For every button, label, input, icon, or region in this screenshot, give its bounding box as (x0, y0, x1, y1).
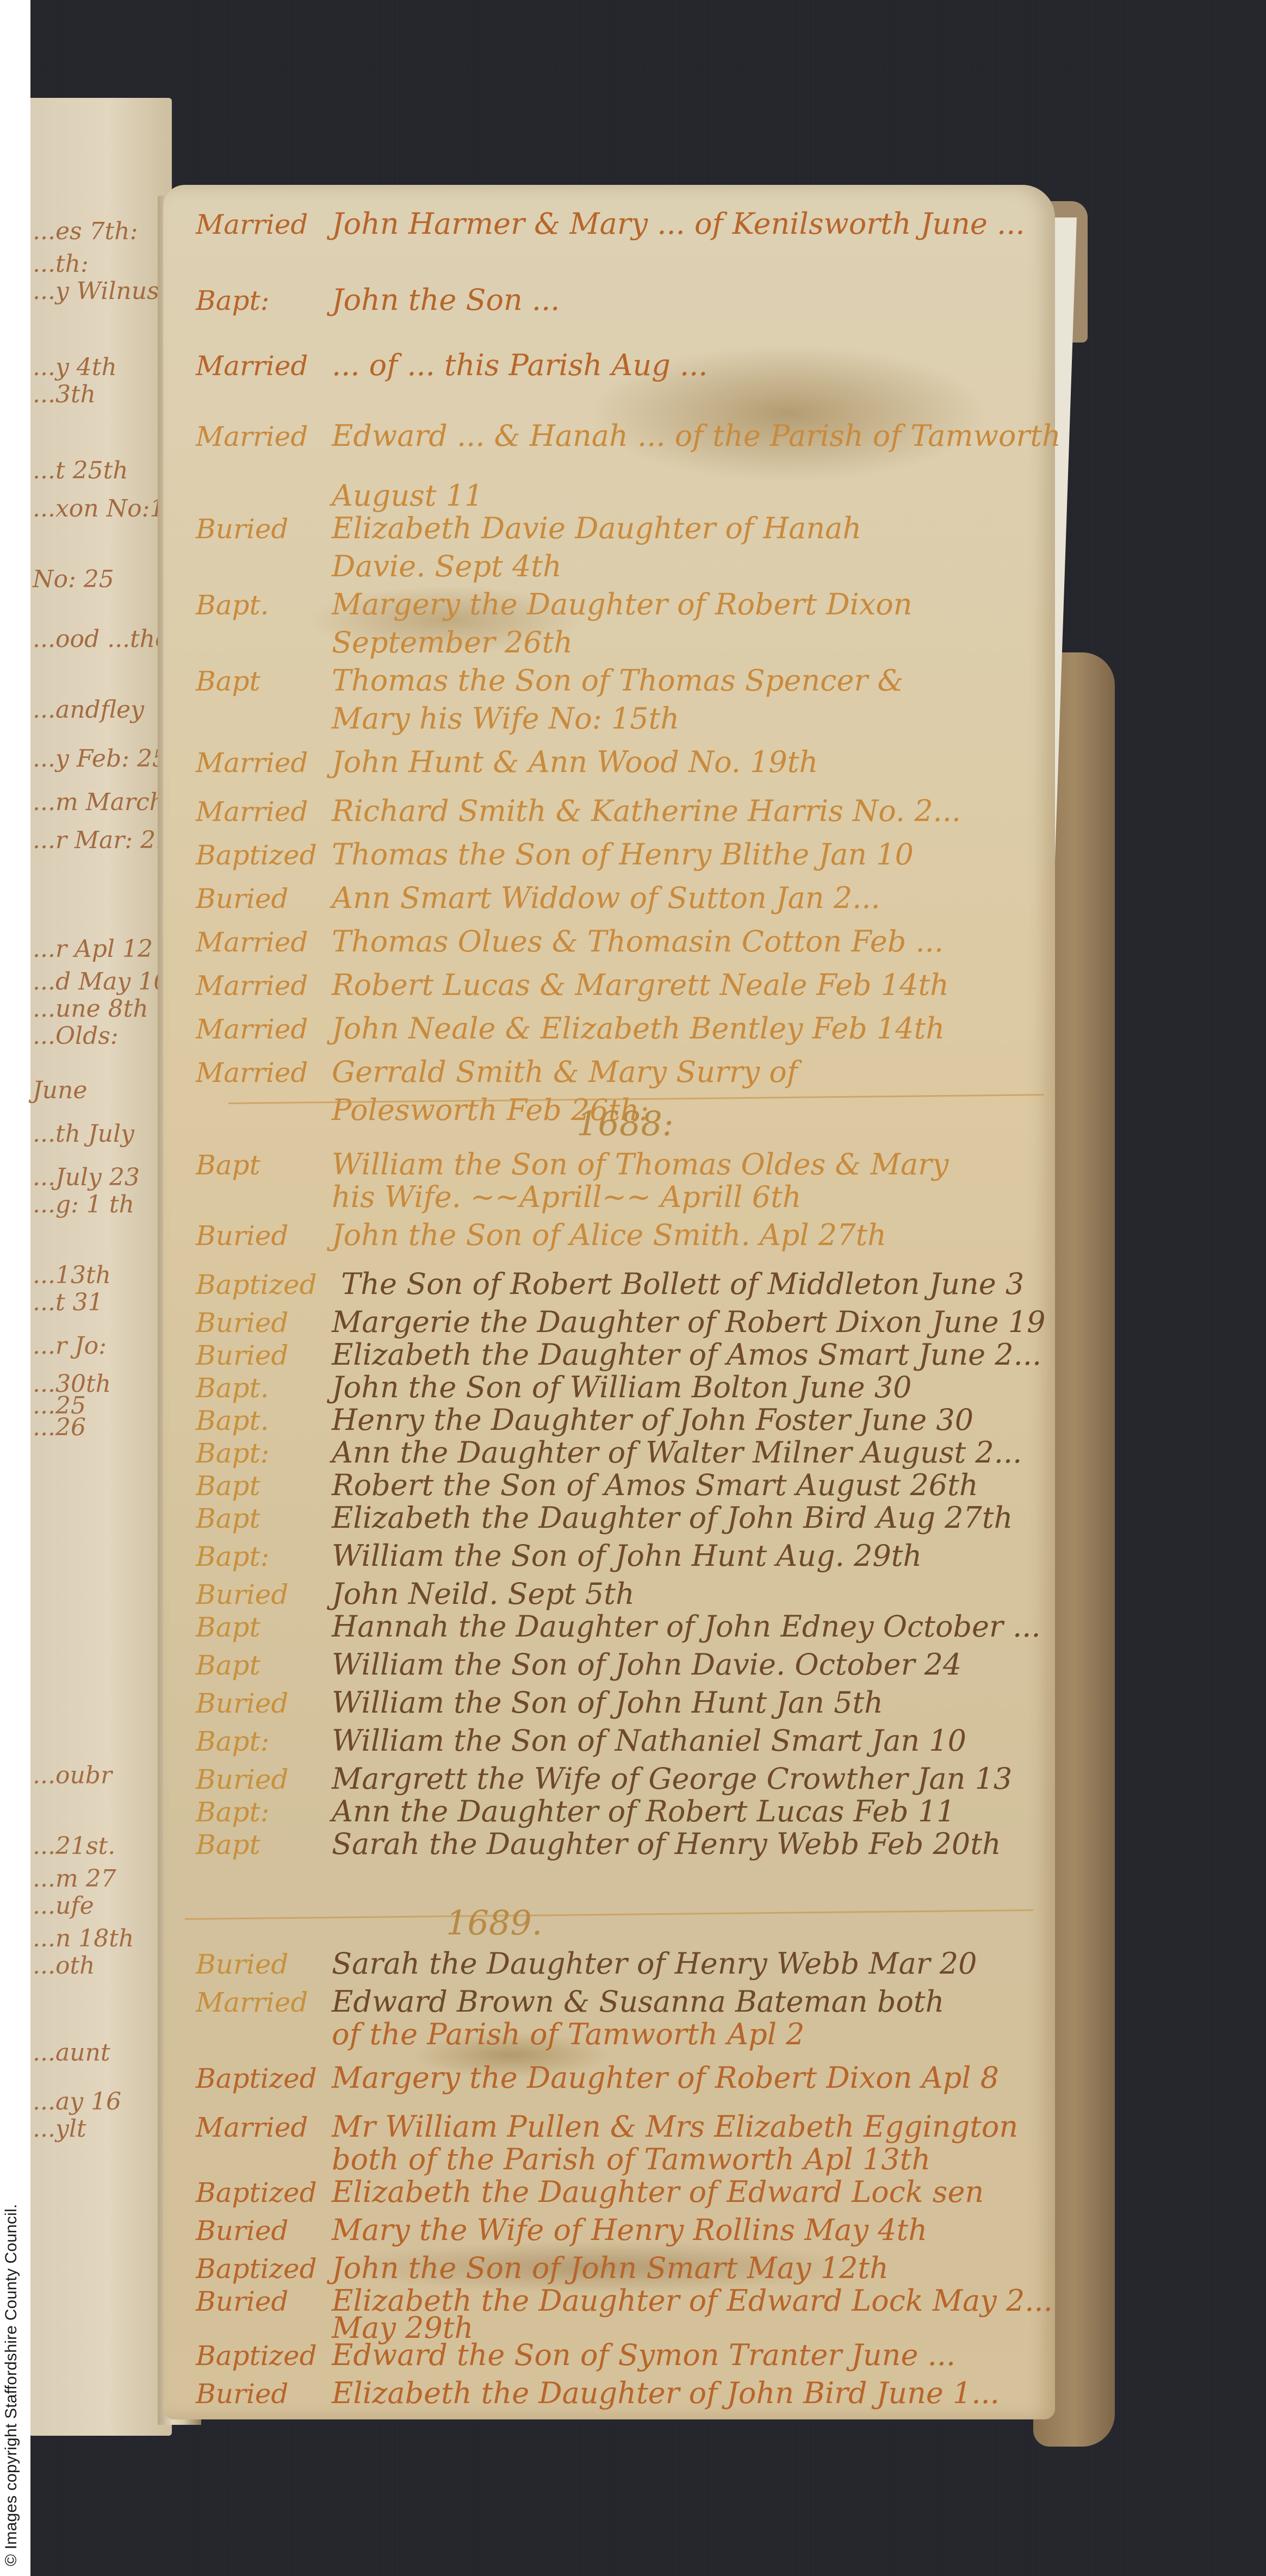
register-entry: MarriedMr William Pullen & Mrs Elizabeth… (196, 2110, 1044, 2144)
entry-type: Married (196, 926, 332, 958)
register-entry: BuriedJohn Neild. Sept 5th (196, 1577, 1044, 1611)
fragment: June (33, 1077, 87, 1104)
entry-type: Buried (196, 1340, 332, 1371)
fragment: ...y 4th (33, 353, 117, 381)
register-entry: BuriedElizabeth Davie Daughter of Hanah (196, 511, 1044, 545)
entry-type: Married (196, 1987, 332, 2018)
fragment: ...t 25th (33, 457, 128, 484)
entry-type: Bapt (196, 665, 332, 697)
register-entry: BuriedElizabeth the Daughter of John Bir… (196, 2376, 1044, 2410)
entry-text: Margery the Daughter of Robert Dixon Apl… (332, 2061, 999, 2095)
entry-type: Buried (196, 1579, 332, 1610)
entry-text: Elizabeth the Daughter of John Bird Aug … (332, 1501, 1013, 1535)
fragment: ...r Apl 12 (33, 935, 153, 963)
register-entry: BaptizedMargery the Daughter of Robert D… (196, 2061, 1044, 2095)
register-entry: BuriedJohn the Son of Alice Smith. Apl 2… (196, 1218, 1044, 1252)
entry-type: Married (196, 970, 332, 1001)
register-entry: Bapt:Ann the Daughter of Walter Milner A… (196, 1435, 1044, 1470)
register-entry: BaptWilliam the Son of Thomas Oldes & Ma… (196, 1147, 1044, 1181)
entry-type: Baptized (196, 1269, 332, 1301)
entry-type: Bapt. (196, 589, 332, 621)
register-entry: both of the Parish of Tamworth Apl 13th (196, 2142, 1044, 2176)
entry-text: William the Son of John Davie. October 2… (332, 1647, 961, 1682)
entry-type: Married (196, 1057, 332, 1088)
register-entry: BaptizedJohn the Son of John Smart May 1… (196, 2251, 1044, 2285)
entry-text: Thomas the Son of Henry Blithe Jan 10 (332, 837, 914, 872)
register-entry: MarriedJohn Harmer & Mary ... of Kenilsw… (196, 207, 1044, 241)
entry-text: Edward the Son of Symon Tranter June ... (332, 2338, 955, 2372)
entry-text: Ann the Daughter of Robert Lucas Feb 11 (332, 1794, 955, 1828)
entry-type: Bapt (196, 1470, 332, 1502)
entry-text: Mary the Wife of Henry Rollins May 4th (332, 2213, 927, 2247)
fragment: ...th July (33, 1120, 134, 1148)
register-entry: BaptHannah the Daughter of John Edney Oc… (196, 1609, 1044, 1644)
fragment: ...th: (33, 250, 89, 278)
entry-text: John Neale & Elizabeth Bentley Feb 14th (332, 1011, 945, 1046)
entry-text: Davie. Sept 4th (332, 549, 562, 583)
fragment: ...13th (33, 1261, 111, 1289)
register-entry: BaptElizabeth the Daughter of John Bird … (196, 1501, 1044, 1535)
image-margin (0, 0, 30, 2576)
entry-text: William the Son of Thomas Oldes & Mary (332, 1147, 948, 1181)
entry-text: both of the Parish of Tamworth Apl 13th (332, 2142, 930, 2176)
entry-text: John Harmer & Mary ... of Kenilsworth Ju… (332, 207, 1025, 241)
fragment: ...andfley (33, 696, 144, 724)
year-heading-1688: 1688: (576, 1104, 674, 1143)
entry-type: Bapt. (196, 1372, 332, 1404)
register-entry: BuriedElizabeth the Daughter of Amos Sma… (196, 1337, 1044, 1372)
entry-text: Elizabeth the Daughter of John Bird June… (332, 2376, 1000, 2410)
entry-text: Elizabeth the Daughter of Amos Smart Jun… (332, 1337, 1041, 1372)
fragment: ...ufe (33, 1892, 94, 1920)
entry-text: Robert Lucas & Margrett Neale Feb 14th (332, 968, 949, 1002)
entry-text: Margerie the Daughter of Robert Dixon Ju… (332, 1305, 1045, 1339)
entry-type: Buried (196, 2215, 332, 2247)
entry-text: September 26th (332, 625, 573, 659)
entry-text: Hannah the Daughter of John Edney Octobe… (332, 1609, 1041, 1644)
register-entry: MarriedRobert Lucas & Margrett Neale Feb… (196, 968, 1044, 1002)
register-entry: BaptWilliam the Son of John Davie. Octob… (196, 1647, 1044, 1682)
entry-text: August 11 (332, 478, 483, 513)
register-entry: MarriedGerrald Smith & Mary Surry of (196, 1055, 1044, 1089)
register-page: MarriedJohn Harmer & Mary ... of Kenilsw… (163, 185, 1055, 2419)
entry-type: Married (196, 350, 332, 382)
fragment: ...n 18th (33, 1925, 134, 1952)
register-entry: Bapt:Ann the Daughter of Robert Lucas Fe… (196, 1794, 1044, 1828)
entry-text: Henry the Daughter of John Foster June 3… (332, 1403, 973, 1437)
entry-text: Gerrald Smith & Mary Surry of (332, 1055, 798, 1089)
fragment: ...aunt (33, 2039, 110, 2067)
fragment: ...une 8th (33, 995, 148, 1023)
register-entry: MarriedJohn Neale & Elizabeth Bentley Fe… (196, 1011, 1044, 1046)
copyright-notice: © Images copyright Staffordshire County … (2, 2204, 21, 2566)
register-entry: MarriedJohn Hunt & Ann Wood No. 19th (196, 745, 1044, 779)
entry-type: Bapt (196, 1611, 332, 1643)
entry-type: Buried (196, 1220, 332, 1252)
entry-type: Buried (196, 2378, 332, 2410)
register-entry: BaptRobert the Son of Amos Smart August … (196, 1468, 1044, 1502)
register-entry: BuriedMargrett the Wife of George Crowth… (196, 1762, 1044, 1796)
fragment: ...26 (33, 1414, 86, 1441)
entry-type: Bapt: (196, 1796, 332, 1828)
register-entry: BaptizedThomas the Son of Henry Blithe J… (196, 837, 1044, 872)
entry-type: Bapt (196, 1149, 332, 1181)
register-entry: Bapt:John the Son ... (196, 283, 1044, 317)
register-entry: MarriedThomas Olues & Thomasin Cotton Fe… (196, 924, 1044, 959)
entry-type: Baptized (196, 839, 332, 871)
register-entries: MarriedJohn Harmer & Mary ... of Kenilsw… (163, 185, 1055, 2419)
entry-text: his Wife. ~~Aprill~~ Aprill 6th (332, 1180, 802, 1214)
entry-text: William the Son of Nathaniel Smart Jan 1… (332, 1723, 966, 1758)
register-entry: Baptized The Son of Robert Bollett of Mi… (196, 1267, 1044, 1301)
entry-text: John the Son ... (332, 283, 560, 317)
register-entry: of the Parish of Tamworth Apl 2 (196, 2017, 1044, 2051)
entry-text: Elizabeth Davie Daughter of Hanah (332, 511, 861, 545)
entry-text: Sarah the Daughter of Henry Webb Feb 20t… (332, 1827, 1001, 1861)
entry-text: Ann Smart Widdow of Sutton Jan 2... (332, 881, 880, 915)
register-entry: his Wife. ~~Aprill~~ Aprill 6th (196, 1180, 1044, 1214)
register-entry: BuriedSarah the Daughter of Henry Webb M… (196, 1946, 1044, 1981)
register-entry: BuriedMargerie the Daughter of Robert Di… (196, 1305, 1044, 1339)
register-entry: Mary his Wife No: 15th (196, 701, 1044, 736)
entry-text: Edward ... & Hanah ... of the Parish of … (332, 419, 1061, 453)
fragment: ...ood ...the (33, 625, 169, 653)
entry-text: John Neild. Sept 5th (332, 1577, 635, 1611)
entry-type: Baptized (196, 2063, 332, 2094)
entry-text: Elizabeth the Daughter of Edward Lock se… (332, 2175, 984, 2209)
fragment: ...m March (33, 788, 165, 816)
entry-type: Baptized (196, 2253, 332, 2285)
register-entry: MarriedRichard Smith & Katherine Harris … (196, 794, 1044, 828)
entry-text: Mary his Wife No: 15th (332, 701, 679, 736)
fragment: ...ylt (33, 2115, 86, 2143)
entry-type: Buried (196, 1764, 332, 1795)
register-entry: Bapt:William the Son of Nathaniel Smart … (196, 1723, 1044, 1758)
register-entry: MarriedEdward Brown & Susanna Bateman bo… (196, 1984, 1044, 2019)
entry-text: Mr William Pullen & Mrs Elizabeth Egging… (332, 2110, 1018, 2144)
register-entry: Bapt:William the Son of John Hunt Aug. 2… (196, 1539, 1044, 1573)
entry-text: William the Son of John Hunt Aug. 29th (332, 1539, 922, 1573)
fragment: ...y Feb: 25 (33, 745, 167, 773)
entry-type: Baptized (196, 2340, 332, 2372)
entry-type: Bapt: (196, 285, 332, 316)
entry-text: Edward Brown & Susanna Bateman both (332, 1984, 944, 2019)
entry-type: Buried (196, 1688, 332, 1719)
fragment: ...g: 1 th (33, 1191, 134, 1218)
entry-type: Married (196, 796, 332, 827)
register-entry: BaptSarah the Daughter of Henry Webb Feb… (196, 1827, 1044, 1861)
register-entry: BuriedAnn Smart Widdow of Sutton Jan 2..… (196, 881, 1044, 915)
entry-type: Bapt (196, 1829, 332, 1861)
year-heading-1689: 1689. (446, 1903, 543, 1943)
fragment: ...oth (33, 1952, 95, 1980)
register-entry: Bapt.Henry the Daughter of John Foster J… (196, 1403, 1044, 1437)
entry-text: John Hunt & Ann Wood No. 19th (332, 745, 818, 779)
fragment: ...3th (33, 381, 96, 408)
entry-type: Bapt (196, 1503, 332, 1534)
register-entry: MarriedEdward ... & Hanah ... of the Par… (196, 419, 1044, 453)
fragment: ...es 7th: (33, 217, 138, 245)
entry-type: Bapt: (196, 1438, 332, 1469)
entry-text: Thomas the Son of Thomas Spencer & (332, 663, 903, 698)
entry-text: Margery the Daughter of Robert Dixon (332, 587, 913, 621)
fragment: ...oubr (33, 1762, 112, 1789)
entry-type: Bapt: (196, 1726, 332, 1757)
section-divider (185, 1909, 1033, 1920)
entry-type: Baptized (196, 2177, 332, 2208)
entry-type: Buried (196, 1949, 332, 1980)
register-entry: Married... of ... this Parish Aug ... (196, 348, 1044, 382)
entry-type: Bapt. (196, 1405, 332, 1436)
fragment: ...r Mar: 21 (33, 826, 171, 854)
entry-text: Sarah the Daughter of Henry Webb Mar 20 (332, 1946, 977, 1981)
entry-text: John the Son of Alice Smith. Apl 27th (332, 1218, 886, 1252)
entry-text: The Son of Robert Bollett of Middleton J… (332, 1267, 1024, 1301)
entry-text: Thomas Olues & Thomasin Cotton Feb ... (332, 924, 944, 959)
fragment: ...d May 10 (33, 968, 169, 995)
entry-type: Buried (196, 883, 332, 914)
register-entry: Bapt.Margery the Daughter of Robert Dixo… (196, 587, 1044, 621)
entry-type: Buried (196, 513, 332, 545)
register-entry: BaptizedEdward the Son of Symon Tranter … (196, 2338, 1044, 2372)
fragment: ...21st. (33, 1832, 115, 1860)
entry-type: Married (196, 2112, 332, 2143)
fragment: ...Olds: (33, 1022, 119, 1050)
fragment: ...m 27 (33, 1865, 116, 1893)
register-entry: BaptThomas the Son of Thomas Spencer & (196, 663, 1044, 698)
entry-text: Richard Smith & Katherine Harris No. 2..… (332, 794, 961, 828)
register-entry: Davie. Sept 4th (196, 549, 1044, 583)
entry-type: Buried (196, 1307, 332, 1339)
entry-type: Married (196, 1013, 332, 1045)
register-entry: BuriedWilliam the Son of John Hunt Jan 5… (196, 1685, 1044, 1720)
entry-type: Bapt: (196, 1541, 332, 1572)
entry-type: Married (196, 421, 332, 452)
register-entry: September 26th (196, 625, 1044, 659)
fragment: ...July 23 (33, 1163, 140, 1191)
entry-type: Married (196, 209, 332, 240)
register-entry: BuriedMary the Wife of Henry Rollins May… (196, 2213, 1044, 2247)
fragment: ...r Jo: (33, 1332, 107, 1360)
entry-text: Margrett the Wife of George Crowther Jan… (332, 1762, 1012, 1796)
entry-type: Married (196, 747, 332, 779)
register-entry: Bapt.John the Son of William Bolton June… (196, 1370, 1044, 1404)
entry-text: Robert the Son of Amos Smart August 26th (332, 1468, 978, 1502)
fragment: ...t 31 (33, 1289, 103, 1316)
entry-text: John the Son of John Smart May 12th (332, 2251, 889, 2285)
fragment: ...ay 16 (33, 2088, 121, 2115)
entry-text: ... of ... this Parish Aug ... (332, 348, 708, 382)
register-entry: August 11 (196, 478, 1044, 513)
entry-type: Bapt (196, 1650, 332, 1681)
entry-text: William the Son of John Hunt Jan 5th (332, 1685, 883, 1720)
register-entry: BaptizedElizabeth the Daughter of Edward… (196, 2175, 1044, 2209)
fragment: No: 25 (33, 565, 114, 593)
entry-text: Ann the Daughter of Walter Milner August… (332, 1435, 1022, 1470)
entry-text: John the Son of William Bolton June 30 (332, 1370, 911, 1404)
entry-text: of the Parish of Tamworth Apl 2 (332, 2017, 805, 2051)
